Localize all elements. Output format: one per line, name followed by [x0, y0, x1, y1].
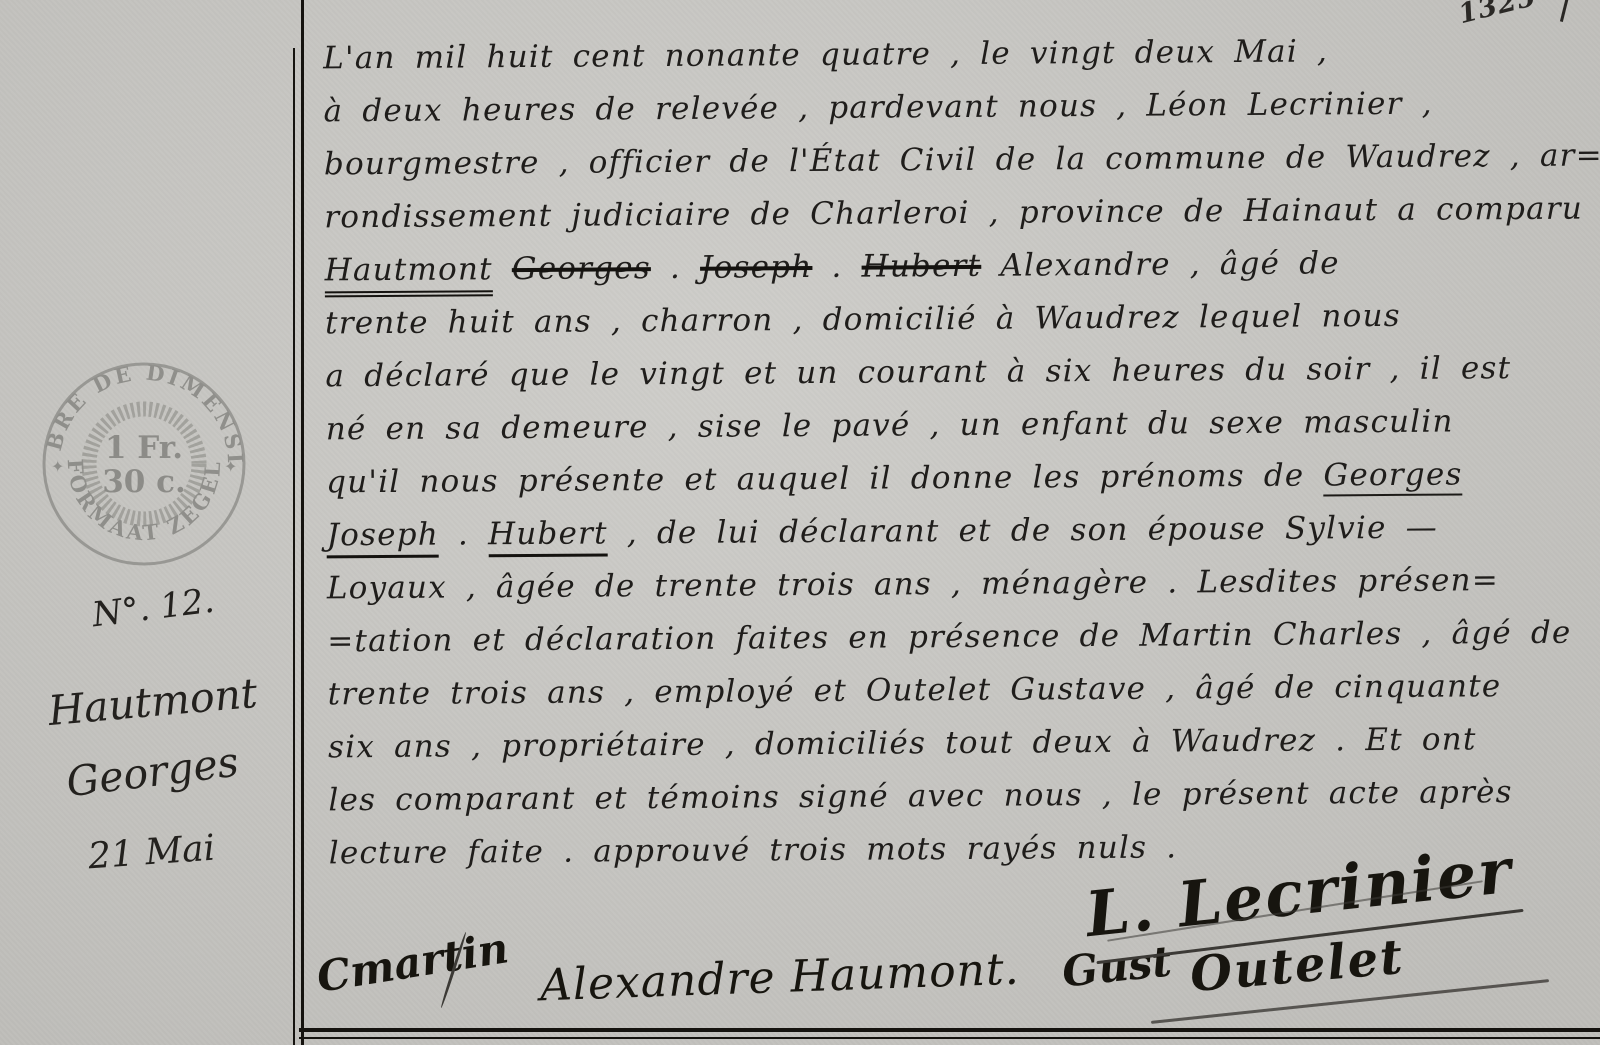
stamp-left-ornament-icon: ✦ — [51, 457, 64, 476]
signature-witness-martin: Cmartin — [313, 923, 511, 1002]
margin-surname: Hautmont — [46, 669, 259, 735]
act-line-segment: L'an mil huit cent nonante quatre , le v… — [323, 33, 1328, 76]
margin-act-number: N°. 12. — [90, 581, 216, 636]
act-line-segment: trente huit ans , charron , domicilié à … — [325, 298, 1401, 342]
act-line-segment: les comparant et témoins signé avec nous… — [328, 774, 1513, 818]
act-line: Hautmont Georges . Joseph . Hubert Alexa… — [325, 236, 1587, 298]
stamp-right-ornament-icon: ✦ — [224, 457, 237, 476]
scanned-document-page: 1325 TIMBRE DE DIMENSION FORMAAT ZEGEL 1… — [0, 0, 1600, 1045]
bottom-rule-top — [299, 1028, 1600, 1032]
act-line: trente trois ans , employé et Outelet Gu… — [327, 660, 1589, 722]
act-line-segment: né en sa demeure , sise le pavé , un enf… — [326, 404, 1454, 448]
act-line: a déclaré que le vingt et un courant à s… — [325, 342, 1587, 404]
act-line-segment: =tation et déclaration faites en présenc… — [327, 615, 1571, 660]
act-line-segment: Alexandre , âgé de — [981, 245, 1340, 284]
margin-firstname: Georges — [64, 738, 241, 807]
bottom-rule-bottom — [299, 1037, 1600, 1039]
act-line-segment: bourgmestre , officier de l'État Civil d… — [324, 137, 1600, 182]
pen-mark-top-right — [1560, 0, 1569, 22]
act-line-segment: . — [651, 250, 700, 286]
act-line: Loyaux , âgée de trente trois ans , ména… — [327, 554, 1589, 616]
act-line-segment: . — [812, 249, 861, 285]
act-line-segment: Georges — [512, 250, 651, 287]
act-line: les comparant et témoins signé avec nous… — [328, 766, 1590, 828]
act-line-segment: Hubert — [861, 248, 981, 285]
act-line-segment: rondissement judiciaire de Charleroi , p… — [324, 190, 1600, 235]
signature-witness-outelet-surname: Outelet — [1188, 929, 1406, 1003]
act-line-segment: . — [439, 516, 488, 552]
left-margin-rule — [301, 0, 304, 1045]
act-line-segment: Georges — [1323, 456, 1462, 496]
act-line: à deux heures de relevée , pardevant nou… — [323, 77, 1585, 139]
act-line-segment: à deux heures de relevée , pardevant nou… — [323, 86, 1432, 130]
revenue-stamp: TIMBRE DE DIMENSION FORMAAT ZEGEL 1 Fr. … — [38, 358, 250, 574]
act-line: L'an mil huit cent nonante quatre , le v… — [323, 24, 1585, 86]
act-line: =tation et déclaration faites en présenc… — [327, 607, 1589, 669]
margin-date: 21 Mai — [87, 828, 217, 878]
left-margin-rule-inner — [293, 48, 295, 1045]
act-line-segment: a déclaré que le vingt et un courant à s… — [325, 350, 1511, 394]
act-line-segment: Joseph — [700, 249, 813, 286]
act-line: six ans , propriétaire , domiciliés tout… — [328, 713, 1590, 775]
stamp-value-line2: 30 c. — [102, 464, 186, 500]
act-line-segment: Hautmont — [325, 251, 493, 297]
act-line-segment: — — [1406, 510, 1438, 546]
signature-witness-outelet-firstname: Gust — [1060, 936, 1174, 996]
act-line-segment: qu'il nous présente et auquel il donne l… — [326, 457, 1324, 500]
revenue-stamp-icon: TIMBRE DE DIMENSION FORMAAT ZEGEL 1 Fr. … — [38, 358, 250, 570]
act-line-segment: lecture faite . approuvé trois mots rayé… — [329, 829, 1178, 871]
act-line-segment: Loyaux , âgée de trente trois ans , ména… — [327, 562, 1499, 606]
act-line: bourgmestre , officier de l'État Civil d… — [324, 130, 1586, 192]
act-line-segment: Joseph — [326, 517, 439, 559]
act-line: rondissement judiciaire de Charleroi , p… — [324, 183, 1586, 245]
act-line-segment: six ans , propriétaire , domiciliés tout… — [328, 721, 1477, 765]
signature-declarant: Alexandre Haumont. — [539, 944, 1020, 1012]
act-line-segment: Hubert — [488, 515, 608, 557]
act-body: L'an mil huit cent nonante quatre , le v… — [323, 24, 1591, 881]
act-line: né en sa demeure , sise le pavé , un enf… — [326, 395, 1588, 457]
stamp-value-line1: 1 Fr. — [105, 430, 183, 466]
act-line-segment: trente trois ans , employé et Outelet Gu… — [328, 668, 1502, 712]
act-line: trente huit ans , charron , domicilié à … — [325, 289, 1587, 351]
act-line: qu'il nous présente et auquel il donne l… — [326, 448, 1588, 510]
act-line-segment — [493, 251, 512, 287]
act-line: Joseph . Hubert , de lui déclarant et de… — [326, 501, 1588, 563]
act-line-segment: , de lui déclarant et de son épouse Sylv… — [608, 510, 1406, 552]
